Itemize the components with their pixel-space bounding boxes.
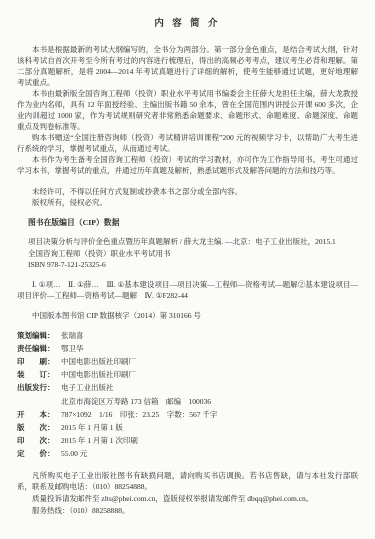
colophon-label: 出版发行： xyxy=(17,381,61,394)
colophon-row-planning-editor: 策划编辑： 张瑞喜 xyxy=(17,329,358,342)
colophon-value: 中国电影出版社印刷厂 xyxy=(61,368,358,381)
colophon-value: 2015 年 1 月第 1 版 xyxy=(61,421,358,434)
copyright-notice: 未经许可，不得以任何方式复制或抄袭本书之部分或全部内容。 版权所有，侵权必究。 xyxy=(17,186,358,208)
colophon-label: 版 次： xyxy=(17,421,61,434)
colophon-label: 策划编辑： xyxy=(17,329,61,342)
footer-paragraph-complaint-email: 质量投诉请发邮件至 zlts@phei.com.cn，盗版侵权举报请发邮件至 d… xyxy=(17,493,358,505)
colophon-label: 印 刷： xyxy=(17,355,61,368)
colophon-row-price: 定 价： 55.00 元 xyxy=(17,447,358,460)
colophon-row-publisher: 出版发行： 电子工业出版社 xyxy=(17,381,358,394)
colophon-value: 中国电影出版社印刷厂 xyxy=(61,355,358,368)
colophon-row-format: 开 本： 787×1092 1/16 印张：23.25 字数：567 千字 xyxy=(17,408,358,421)
footer-paragraph-service-hotline: 服务热线：（010）88258888。 xyxy=(17,505,358,517)
intro-paragraph-1: 本书是根据最新的考试大纲编写的，全书分为两部分。第一部分金色重点，是结合考试大纲… xyxy=(17,44,358,88)
book-copyright-page: 内 容 简 介 本书是根据最新的考试大纲编写的，全书分为两部分。第一部分金色重点… xyxy=(0,0,375,539)
colophon-row-edition: 版 次： 2015 年 1 月第 1 版 xyxy=(17,421,358,434)
colophon-label: 装 订： xyxy=(17,368,61,381)
colophon-label: 责任编辑： xyxy=(17,342,61,355)
cip-entry-line-1: 项目决策分析与评价金色重点暨历年真题解析 / 薛大龙主编. —北京：电子工业出版… xyxy=(28,236,358,248)
colophon-value: 电子工业出版社 xyxy=(61,381,358,394)
colophon-value: 2015 年 1 月第 1 次印刷 xyxy=(61,434,358,447)
copyright-notice-line-1: 未经许可，不得以任何方式复制或抄袭本书之部分或全部内容。 xyxy=(17,186,358,197)
colophon-value: 北京市海淀区万寿路 173 信箱 邮编 100036 xyxy=(61,395,358,408)
colophon-block: 策划编辑： 张瑞喜 责任编辑： 鄂卫华 印 刷： 中国电影出版社印刷厂 装 订：… xyxy=(17,329,358,461)
intro-paragraph-3: 购本书赠送“全国注册咨询师（投资）考试精讲培训课程”200 元的视频学习卡，以帮… xyxy=(17,132,358,154)
colophon-value: 鄂卫华 xyxy=(61,342,358,355)
colophon-label: 印 次： xyxy=(17,434,61,447)
cip-entry-block: 项目决策分析与评价金色重点暨历年真题解析 / 薛大龙主编. —北京：电子工业出版… xyxy=(17,236,358,271)
intro-paragraph-4: 本书作为考生备考全国咨询工程师（投资）考试的学习教材，亦可作为工作指导用书。考生… xyxy=(17,154,358,176)
colophon-label: 定 价： xyxy=(17,447,61,460)
colophon-value: 55.00 元 xyxy=(61,447,358,460)
colophon-row-responsible-editor: 责任编辑： 鄂卫华 xyxy=(17,342,358,355)
cip-heading: 图书在版编目（CIP）数据 xyxy=(17,217,358,229)
colophon-row-impression: 印 次： 2015 年 1 月第 1 次印刷 xyxy=(17,434,358,447)
cip-classification: Ⅰ. ①项… Ⅱ. ①薛… Ⅲ. ①基本建设项目—项目决策—工程师—资格考试—题… xyxy=(17,279,358,301)
colophon-value: 787×1092 1/16 印张：23.25 字数：567 千字 xyxy=(61,408,358,421)
copyright-notice-line-2: 版权所有，侵权必究。 xyxy=(17,197,358,208)
colophon-row-publisher-address: 北京市海淀区万寿路 173 信箱 邮编 100036 xyxy=(17,395,358,408)
cip-entry-line-2: 全国咨询工程师（投资）职业水平考试用书 xyxy=(28,248,358,260)
contact-info-block: 凡所购买电子工业出版社图书有缺损问题，请向购买书店调换。若书店售缺，请与本社发行… xyxy=(17,470,358,517)
colophon-label xyxy=(17,395,61,408)
page-title: 内 容 简 介 xyxy=(17,18,358,30)
colophon-label: 开 本： xyxy=(17,408,61,421)
colophon-row-binder: 装 订： 中国电影出版社印刷厂 xyxy=(17,368,358,381)
intro-paragraph-2: 本书由最新版全国咨询工程师（投资）职业水平考试用书编委会主任薛大龙担任主编，薛大… xyxy=(17,88,358,132)
cip-record-number: 中国版本图书馆 CIP 数据核字（2014）第 310166 号 xyxy=(17,310,358,321)
cip-entry-line-3: ISBN 978-7-121-25325-6 xyxy=(28,259,358,271)
colophon-row-printer: 印 刷： 中国电影出版社印刷厂 xyxy=(17,355,358,368)
footer-paragraph-exchange: 凡所购买电子工业出版社图书有缺损问题，请向购买书店调换。若书店售缺，请与本社发行… xyxy=(17,470,358,494)
colophon-value: 张瑞喜 xyxy=(61,329,358,342)
